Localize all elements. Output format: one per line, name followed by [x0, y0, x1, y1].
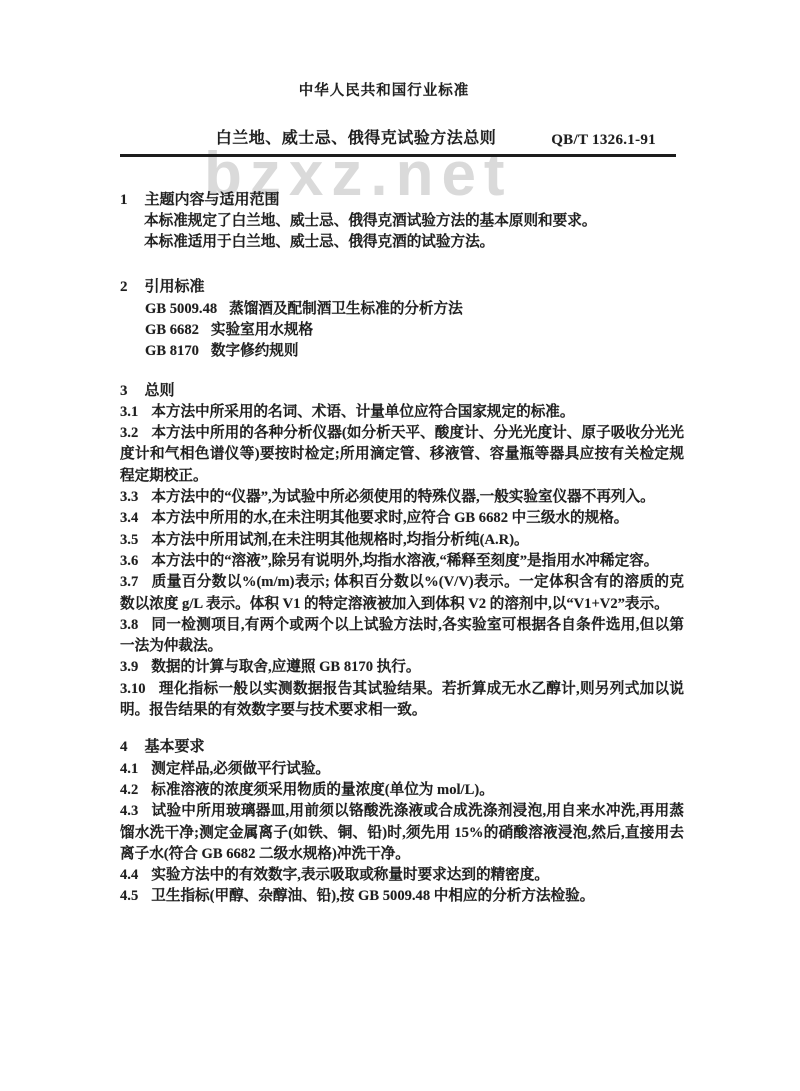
clause: 4.1测定样品,必须做平行试验。	[120, 759, 684, 780]
section-heading: 1主题内容与适用范围	[120, 190, 684, 211]
section-number: 1	[120, 192, 128, 208]
standard-code: GB 8170	[145, 343, 199, 359]
clause-text: 本方法中所用的水,在未注明其他要求时,应符合 GB 6682 中三级水的规格。	[151, 510, 628, 526]
clause-number: 4.1	[120, 761, 138, 777]
clause-number: 3.10	[120, 681, 146, 697]
clause: 3.5本方法中所用试剂,在未注明其他规格时,均指分析纯(A.R)。	[120, 530, 684, 551]
doc-header: 白兰地、威士忌、俄得克试验方法总则 QB/T 1326.1-91	[120, 129, 684, 149]
clause-number: 4.4	[120, 867, 138, 883]
section-basic-requirements: 4基本要求 4.1测定样品,必须做平行试验。 4.2标准溶液的浓度须采用物质的量…	[120, 737, 684, 907]
clause-number: 3.2	[120, 425, 138, 441]
section-title: 基本要求	[145, 739, 205, 755]
reference-item: GB 5009.48蒸馏酒及配制酒卫生标准的分析方法	[120, 299, 684, 320]
section-number: 3	[120, 383, 128, 399]
clause: 3.1本方法中所采用的名词、术语、计量单位应符合国家规定的标准。	[120, 402, 684, 423]
clause-number: 4.3	[120, 803, 138, 819]
document-page: bzxz.net 中华人民共和国行业标准 白兰地、威士忌、俄得克试验方法总则 Q…	[0, 0, 800, 1091]
clause-text: 标准溶液的浓度须采用物质的量浓度(单位为 mol/L)。	[151, 782, 494, 798]
section-general-rules: 3总则 3.1本方法中所采用的名词、术语、计量单位应符合国家规定的标准。 3.2…	[120, 381, 684, 722]
clause: 3.8同一检测项目,有两个或两个以上试验方法时,各实验室可根据各自条件选用,但以…	[120, 615, 684, 658]
paragraph: 本标准规定了白兰地、威士忌、俄得克酒试验方法的基本原则和要求。	[120, 211, 684, 232]
clause-text: 质量百分数以%(m/m)表示; 体积百分数以%(V/V)表示。一定体积含有的溶质…	[120, 574, 684, 611]
clause-number: 3.3	[120, 489, 138, 505]
section-referenced-standards: 2引用标准 GB 5009.48蒸馏酒及配制酒卫生标准的分析方法 GB 6682…	[120, 277, 684, 362]
clause-number: 3.8	[120, 617, 138, 633]
clause-number: 4.5	[120, 888, 138, 904]
doc-kind-label: 中华人民共和国行业标准	[102, 83, 666, 100]
reference-item: GB 6682实验室用水规格	[120, 320, 684, 341]
section-title: 总则	[145, 383, 175, 399]
clause-number: 4.2	[120, 782, 138, 798]
document-content: 中华人民共和国行业标准 白兰地、威士忌、俄得克试验方法总则 QB/T 1326.…	[120, 83, 684, 908]
clause-number: 3.5	[120, 532, 138, 548]
clause: 3.3本方法中的“仪器”,为试验中所必须使用的特殊仪器,一般实验室仪器不再列入。	[120, 487, 684, 508]
clause-text: 测定样品,必须做平行试验。	[151, 761, 330, 777]
standard-code: GB 5009.48	[145, 301, 217, 317]
section-title: 主题内容与适用范围	[145, 192, 280, 208]
clause: 4.2标准溶液的浓度须采用物质的量浓度(单位为 mol/L)。	[120, 780, 684, 801]
standard-number: QB/T 1326.1-91	[551, 130, 656, 150]
clause-number: 3.6	[120, 553, 138, 569]
standard-title: 数字修约规则	[211, 343, 299, 359]
reference-item: GB 8170数字修约规则	[120, 341, 684, 362]
clause-text: 本方法中的“仪器”,为试验中所必须使用的特殊仪器,一般实验室仪器不再列入。	[151, 489, 655, 505]
clause: 4.5卫生指标(甲醇、杂醇油、铅),按 GB 5009.48 中相应的分析方法检…	[120, 886, 684, 907]
clause: 3.4本方法中所用的水,在未注明其他要求时,应符合 GB 6682 中三级水的规…	[120, 508, 684, 529]
section-heading: 4基本要求	[120, 737, 684, 758]
clause-text: 本方法中所用试剂,在未注明其他规格时,均指分析纯(A.R)。	[151, 532, 528, 548]
section-heading: 2引用标准	[120, 277, 684, 298]
clause-text: 理化指标一般以实测数据报告其试验结果。若折算成无水乙醇计,则另列式加以说明。报告…	[120, 681, 684, 718]
clause: 3.9数据的计算与取舍,应遵照 GB 8170 执行。	[120, 657, 684, 678]
clause: 3.7质量百分数以%(m/m)表示; 体积百分数以%(V/V)表示。一定体积含有…	[120, 572, 684, 615]
header-rule	[120, 154, 676, 157]
clause-number: 3.1	[120, 404, 138, 420]
section-number: 2	[120, 279, 128, 295]
standard-title: 实验室用水规格	[211, 322, 313, 338]
clause: 4.3试验中所用玻璃器皿,用前须以铬酸洗涤液或合成洗涤剂浸泡,用自来水冲洗,再用…	[120, 801, 684, 865]
clause-number: 3.7	[120, 574, 138, 590]
clause-text: 实验方法中的有效数字,表示吸取或称量时要求达到的精密度。	[151, 867, 549, 883]
standard-code: GB 6682	[145, 322, 199, 338]
section-heading: 3总则	[120, 381, 684, 402]
clause: 4.4实验方法中的有效数字,表示吸取或称量时要求达到的精密度。	[120, 865, 684, 886]
clause-text: 本方法中所用的各种分析仪器(如分析天平、酸度计、分光光度计、原子吸收分光光度计和…	[120, 425, 684, 484]
clause-number: 3.9	[120, 659, 138, 675]
clause: 3.10理化指标一般以实测数据报告其试验结果。若折算成无水乙醇计,则另列式加以说…	[120, 679, 684, 722]
clause-text: 试验中所用玻璃器皿,用前须以铬酸洗涤液或合成洗涤剂浸泡,用自来水冲洗,再用蒸馏水…	[120, 803, 684, 862]
section-number: 4	[120, 739, 128, 755]
section-title: 引用标准	[145, 279, 205, 295]
standard-title: 蒸馏酒及配制酒卫生标准的分析方法	[229, 301, 463, 317]
clause-text: 同一检测项目,有两个或两个以上试验方法时,各实验室可根据各自条件选用,但以第一法…	[120, 617, 684, 654]
clause-text: 卫生指标(甲醇、杂醇油、铅),按 GB 5009.48 中相应的分析方法检验。	[151, 888, 594, 904]
paragraph: 本标准适用于白兰地、威士忌、俄得克酒的试验方法。	[120, 232, 684, 253]
clause-text: 数据的计算与取舍,应遵照 GB 8170 执行。	[151, 659, 420, 675]
clause-text: 本方法中所采用的名词、术语、计量单位应符合国家规定的标准。	[151, 404, 574, 420]
clause-text: 本方法中的“溶液”,除另有说明外,均指水溶液,“稀释至刻度”是指用水冲稀定容。	[151, 553, 658, 569]
section-scope: 1主题内容与适用范围 本标准规定了白兰地、威士忌、俄得克酒试验方法的基本原则和要…	[120, 190, 684, 254]
clause: 3.6本方法中的“溶液”,除另有说明外,均指水溶液,“稀释至刻度”是指用水冲稀定…	[120, 551, 684, 572]
clause-number: 3.4	[120, 510, 138, 526]
clause: 3.2本方法中所用的各种分析仪器(如分析天平、酸度计、分光光度计、原子吸收分光光…	[120, 423, 684, 487]
